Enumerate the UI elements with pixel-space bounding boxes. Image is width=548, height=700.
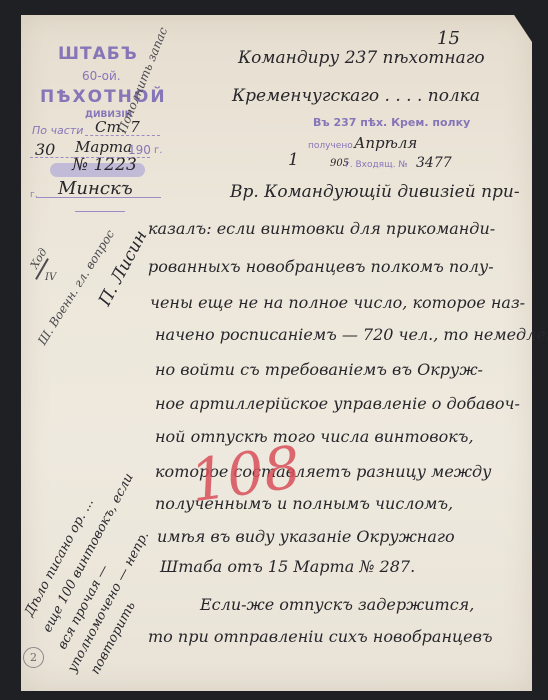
date-month: Марта [75,138,132,156]
stamp-division-number: 60-ой. [82,69,121,83]
received-value: Апрѣля [354,134,417,152]
body-line-4: чены еще не на полное число, которое наз… [150,293,525,312]
body-line-1: Вр. Командующій дивизіей при- [230,182,520,202]
received-stamp-line1: Въ 237 пѣх. Крем. полку [313,116,470,129]
body-line-3: рованныхъ новобранцевъ полкомъ полу- [148,257,494,276]
addressee-line-1: Командиру 237 пѣхотнаго [238,48,485,68]
body-line-13: Если-же отпускъ задержится, [200,595,474,614]
body-line-14: то при отправленіи сихъ новобранцевъ [148,627,493,646]
body-line-11: имѣя въ виду указаніе Окружнаго [157,527,455,546]
addressee-line-2: Кременчугскаго . . . . полка [232,86,480,106]
received-day: 1 [288,150,299,170]
incoming-label: г. Входящ. № [345,160,408,170]
incoming-number: 3477 [416,155,452,171]
body-line-12: Штаба отъ 15 Марта № 287. [160,557,415,576]
stamp-part-label: По части [32,124,83,137]
body-line-5: начено росписаніемъ — 720 чел., то немед… [155,325,548,344]
place-label: г. [30,190,38,200]
body-line-6: но войти съ требованіемъ въ Окруж- [155,360,483,379]
page-marker: 2 [23,647,44,668]
place-value: Минскъ [58,178,133,199]
body-line-2: казалъ: если винтовки для прикоманди- [148,219,495,238]
stamp-division-type: ПѢХОТНОЙ [40,87,167,107]
stamp-title: ШТАБЪ [58,44,138,64]
folio-number: 15 [437,28,460,49]
fraction-bottom: IV [45,272,56,283]
date-year-suffix: г. [154,145,162,156]
decorative-rule [75,211,125,212]
body-line-7: ное артиллерійское управленіе о добавоч- [155,394,520,413]
received-label: получено [308,141,353,151]
outgoing-number: № 1223 [72,155,137,175]
body-line-8: ной отпускѣ того числа винтовокъ, [155,427,474,446]
